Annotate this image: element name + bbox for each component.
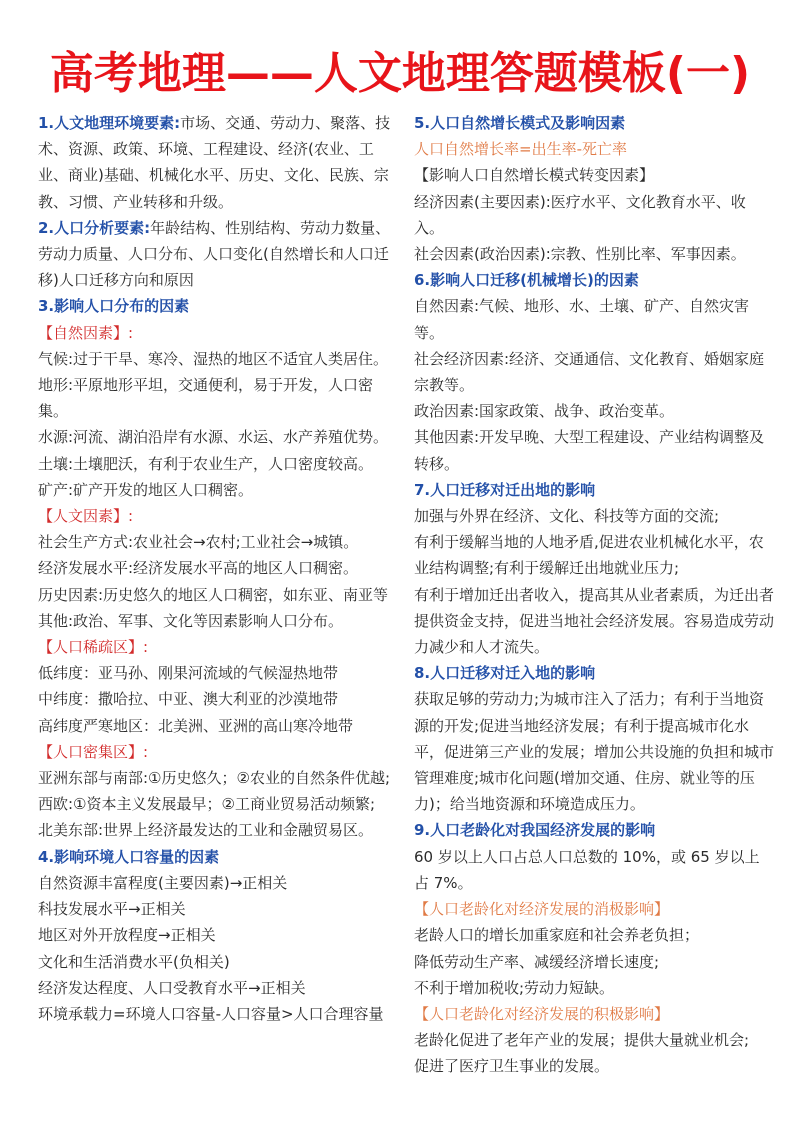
human-factors-tag: 【人文因素】: (38, 503, 393, 529)
list-item: 矿产:矿产开发的地区人口稠密。 (38, 477, 393, 503)
section-5-subtag: 【影响人口自然增长模式转变因素】 (414, 162, 774, 188)
section-6-heading: 6.影响人口迁移(机械增长)的因素 (414, 267, 774, 293)
list-item: 中纬度：撒哈拉、中亚、澳大利亚的沙漠地带 (38, 686, 393, 712)
sparse-area-tag: 【人口稀疏区】: (38, 634, 393, 660)
list-item: 降低劳动生产率、减缓经济增长速度; (414, 949, 774, 975)
list-item: 其他因素:开发早晚、大型工程建设、产业结构调整及转移。 (414, 424, 774, 476)
list-item: 社会生产方式:农业社会→农村;工业社会→城镇。 (38, 529, 393, 555)
growth-rate-formula: 人口自然增长率=出生率-死亡率 (414, 136, 774, 162)
list-item: 自然资源丰富程度(主要因素)→正相关 (38, 870, 393, 896)
list-item: 不利于增加税收;劳动力短缺。 (414, 975, 774, 1001)
list-item: 经济发展水平:经济发展水平高的地区人口稠密。 (38, 555, 393, 581)
list-item: 自然因素:气候、地形、水、土壤、矿产、自然灾害等。 (414, 293, 774, 345)
list-item: 文化和生活消费水平(负相关) (38, 949, 393, 975)
list-item: 政治因素:国家政策、战争、政治变革。 (414, 398, 774, 424)
list-item: 经济发达程度、人口受教育水平→正相关 (38, 975, 393, 1001)
aging-definition: 60 岁以上人口占总人口总数的 10%，或 65 岁以上占 7%。 (414, 844, 774, 896)
negative-impact-tag: 【人口老龄化对经济发展的消极影响】 (414, 896, 774, 922)
list-item: 北美东部:世界上经济最发达的工业和金融贸易区。 (38, 817, 393, 843)
list-item: 土壤:土壤肥沃，有利于农业生产，人口密度较高。 (38, 451, 393, 477)
list-item: 气候:过于干旱、寒冷、湿热的地区不适宜人类居住。 (38, 346, 393, 372)
right-column: 5.人口自然增长模式及影响因素 人口自然增长率=出生率-死亡率 【影响人口自然增… (414, 110, 774, 1080)
list-item: 低纬度：亚马孙、刚果河流域的气候湿热地带 (38, 660, 393, 686)
list-item: 老龄人口的增长加重家庭和社会养老负担； (414, 922, 774, 948)
section-9-heading: 9.人口老龄化对我国经济发展的影响 (414, 817, 774, 843)
list-item: 社会因素(政治因素):宗教、性别比率、军事因素。 (414, 241, 774, 267)
list-item: 科技发展水平→正相关 (38, 896, 393, 922)
natural-factors-tag: 【自然因素】: (38, 320, 393, 346)
list-item: 其他:政治、军事、文化等因素影响人口分布。 (38, 608, 393, 634)
list-item: 有利于增加迁出者收入，提高其从业者素质，为迁出者提供资金支持，促进当地社会经济发… (414, 582, 774, 661)
dense-area-tag: 【人口密集区】: (38, 739, 393, 765)
section-5-heading: 5.人口自然增长模式及影响因素 (414, 110, 774, 136)
section-2: 2.人口分析要素:年龄结构、性别结构、劳动力数量、劳动力质量、人口分布、人口变化… (38, 215, 393, 294)
list-item: 环境承载力=环境人口容量-人口容量>人口合理容量 (38, 1001, 393, 1027)
list-item: 加强与外界在经济、文化、科技等方面的交流; (414, 503, 774, 529)
list-item: 经济因素(主要因素):医疗水平、文化教育水平、收入。 (414, 189, 774, 241)
list-item: 有利于缓解当地的人地矛盾,促进农业机械化水平，农业结构调整;有利于缓解迁出地就业… (414, 529, 774, 581)
section-8-heading: 8.人口迁移对迁入地的影响 (414, 660, 774, 686)
list-item: 亚洲东部与南部:①历史悠久；②农业的自然条件优越; (38, 765, 393, 791)
list-item: 社会经济因素:经济、交通通信、文化教育、婚姻家庭宗教等。 (414, 346, 774, 398)
list-item: 历史因素:历史悠久的地区人口稠密，如东亚、南亚等 (38, 582, 393, 608)
section-7-heading: 7.人口迁移对迁出地的影响 (414, 477, 774, 503)
list-item: 水源:河流、湖泊沿岸有水源、水运、水产养殖优势。 (38, 424, 393, 450)
section-1: 1.人文地理环境要素:市场、交通、劳动力、聚落、技术、资源、政策、环境、工程建设… (38, 110, 393, 215)
list-item: 促进了医疗卫生事业的发展。 (414, 1053, 774, 1079)
section-1-heading: 1.人文地理环境要素: (38, 114, 180, 132)
section-2-heading: 2.人口分析要素: (38, 219, 150, 237)
section-8-text: 获取足够的劳动力;为城市注入了活力；有利于当地资源的开发;促进当地经济发展；有利… (414, 686, 774, 817)
list-item: 高纬度严寒地区：北美洲、亚洲的高山寒冷地带 (38, 713, 393, 739)
left-column: 1.人文地理环境要素:市场、交通、劳动力、聚落、技术、资源、政策、环境、工程建设… (38, 110, 393, 1027)
page-title: 高考地理——人文地理答题模板(一) (0, 44, 800, 104)
list-item: 地区对外开放程度→正相关 (38, 922, 393, 948)
positive-impact-tag: 【人口老龄化对经济发展的积极影响】 (414, 1001, 774, 1027)
list-item: 地形:平原地形平坦，交通便利，易于开发，人口密集。 (38, 372, 393, 424)
section-4-heading: 4.影响环境人口容量的因素 (38, 844, 393, 870)
list-item: 西欧:①资本主义发展最早；②工商业贸易活动频繁; (38, 791, 393, 817)
list-item: 老龄化促进了老年产业的发展；提供大量就业机会; (414, 1027, 774, 1053)
section-3-heading: 3.影响人口分布的因素 (38, 293, 393, 319)
